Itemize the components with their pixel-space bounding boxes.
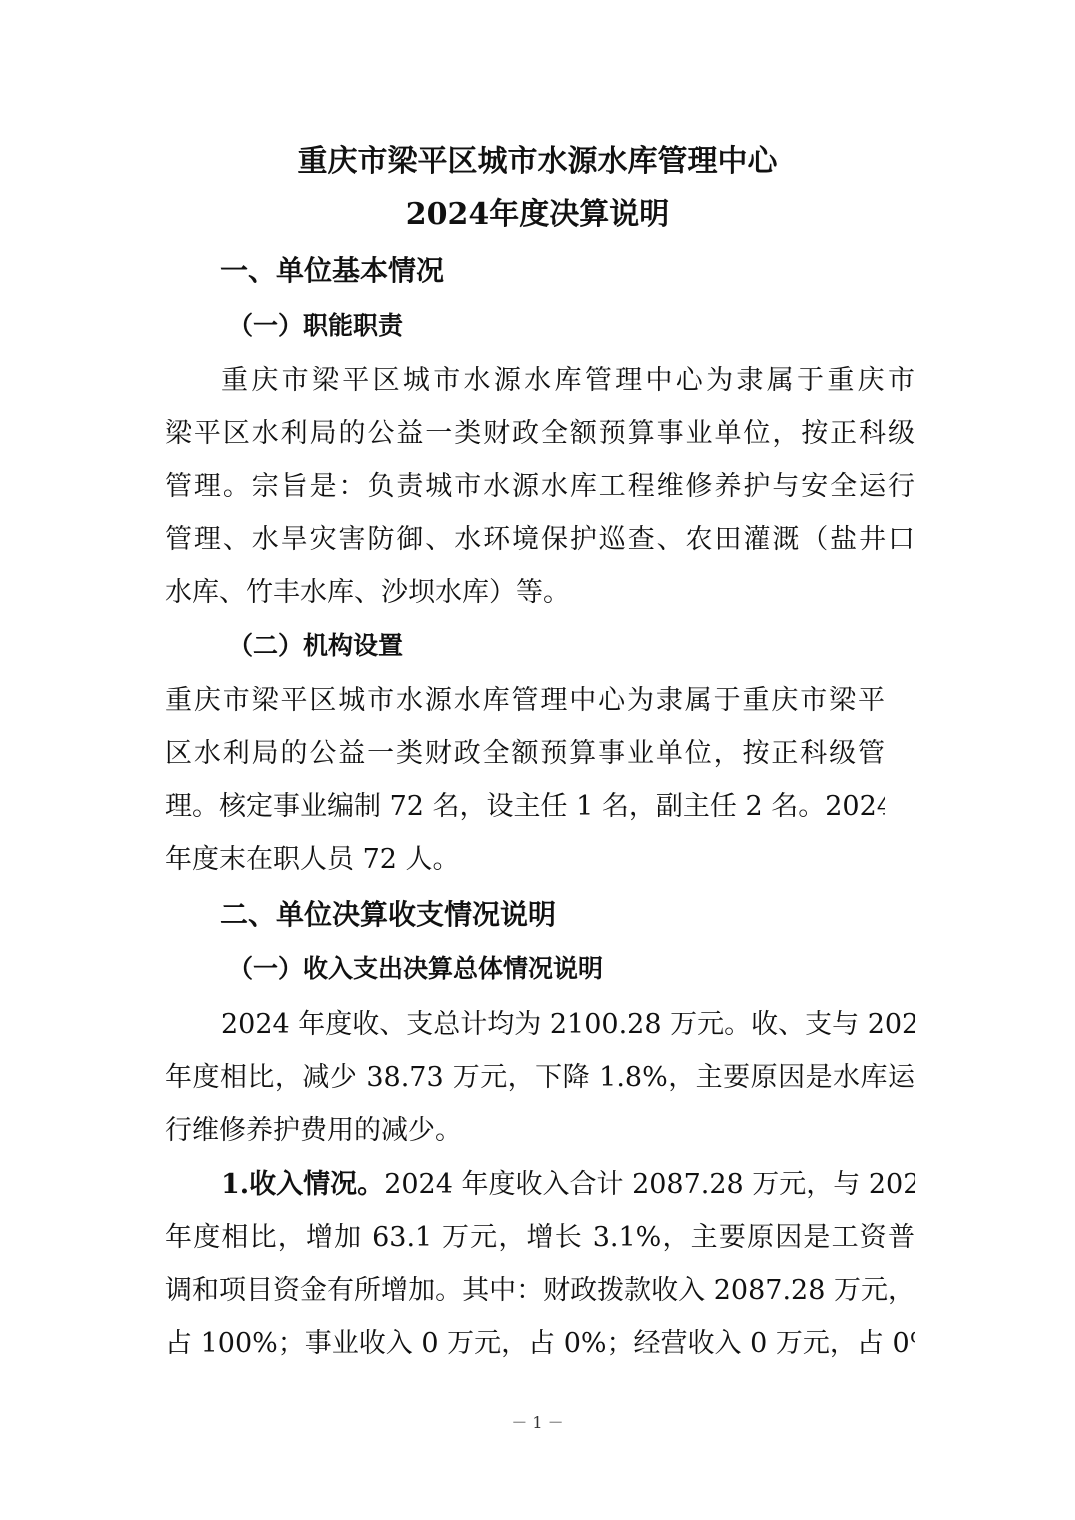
income-lead-label: 1.收入情况。 [221, 1169, 384, 1200]
subsection-heading-organization: （二）机构设置 [228, 630, 403, 662]
paragraph-overall: 2024 年度收、支总计均为 2100.28 万元。收、支与 2023 年度相比… [165, 1005, 915, 1164]
document-page: 重庆市梁平区城市水源水库管理中心 2024年度决算说明 一、单位基本情况 （一）… [0, 0, 1075, 1520]
section-heading-budget-explanation: 二、单位决算收支情况说明 [220, 898, 556, 932]
paragraph-line: 管理。宗旨是：负责城市水源水库工程维修养护与安全运行 [165, 467, 915, 520]
paragraph-line: 年度相比，减少 38.73 万元，下降 1.8%，主要原因是水库运 [165, 1058, 915, 1111]
document-title-line2: 2024年度决算说明 [0, 197, 1075, 233]
income-lead-text: 2024 年度收入合计 2087.28 万元，与 2023 [384, 1169, 915, 1200]
paragraph-line: 区水利局的公益一类财政全额预算事业单位，按正科级管 [165, 734, 885, 787]
paragraph-line: 重庆市梁平区城市水源水库管理中心为隶属于重庆市 [165, 361, 915, 414]
paragraph-line: 调和项目资金有所增加。其中：财政拨款收入 2087.28 万元， [165, 1271, 915, 1324]
paragraph-line: 理。核定事业编制 72 名，设主任 1 名，副主任 2 名。2024 [165, 787, 885, 840]
paragraph-line-income-lead: 1.收入情况。2024 年度收入合计 2087.28 万元，与 2023 [165, 1165, 915, 1218]
document-title-line1: 重庆市梁平区城市水源水库管理中心 [0, 144, 1075, 180]
paragraph-line: 行维修养护费用的减少。 [165, 1111, 915, 1164]
subsection-heading-overall: （一）收入支出决算总体情况说明 [228, 953, 603, 985]
page-number: － 1 － [0, 1410, 1075, 1433]
section-heading-basic-info: 一、单位基本情况 [220, 254, 444, 288]
paragraph-line: 占 100%；事业收入 0 万元，占 0%；经营收入 0 万元，占 0%； [165, 1324, 915, 1377]
paragraph-line: 重庆市梁平区城市水源水库管理中心为隶属于重庆市梁平 [165, 681, 885, 734]
paragraph-line: 梁平区水利局的公益一类财政全额预算事业单位，按正科级 [165, 414, 915, 467]
paragraph-line: 年度末在职人员 72 人。 [165, 840, 885, 893]
paragraph-organization: 重庆市梁平区城市水源水库管理中心为隶属于重庆市梁平 区水利局的公益一类财政全额预… [165, 681, 885, 893]
paragraph-line: 2024 年度收、支总计均为 2100.28 万元。收、支与 2023 [165, 1005, 915, 1058]
paragraph-income: 1.收入情况。2024 年度收入合计 2087.28 万元，与 2023 年度相… [165, 1165, 915, 1377]
paragraph-functions: 重庆市梁平区城市水源水库管理中心为隶属于重庆市 梁平区水利局的公益一类财政全额预… [165, 361, 915, 626]
paragraph-line: 管理、水旱灾害防御、水环境保护巡查、农田灌溉（盐井口 [165, 520, 915, 573]
paragraph-line: 年度相比，增加 63.1 万元，增长 3.1%，主要原因是工资普 [165, 1218, 915, 1271]
paragraph-line: 水库、竹丰水库、沙坝水库）等。 [165, 573, 915, 626]
subsection-heading-functions: （一）职能职责 [228, 310, 403, 342]
